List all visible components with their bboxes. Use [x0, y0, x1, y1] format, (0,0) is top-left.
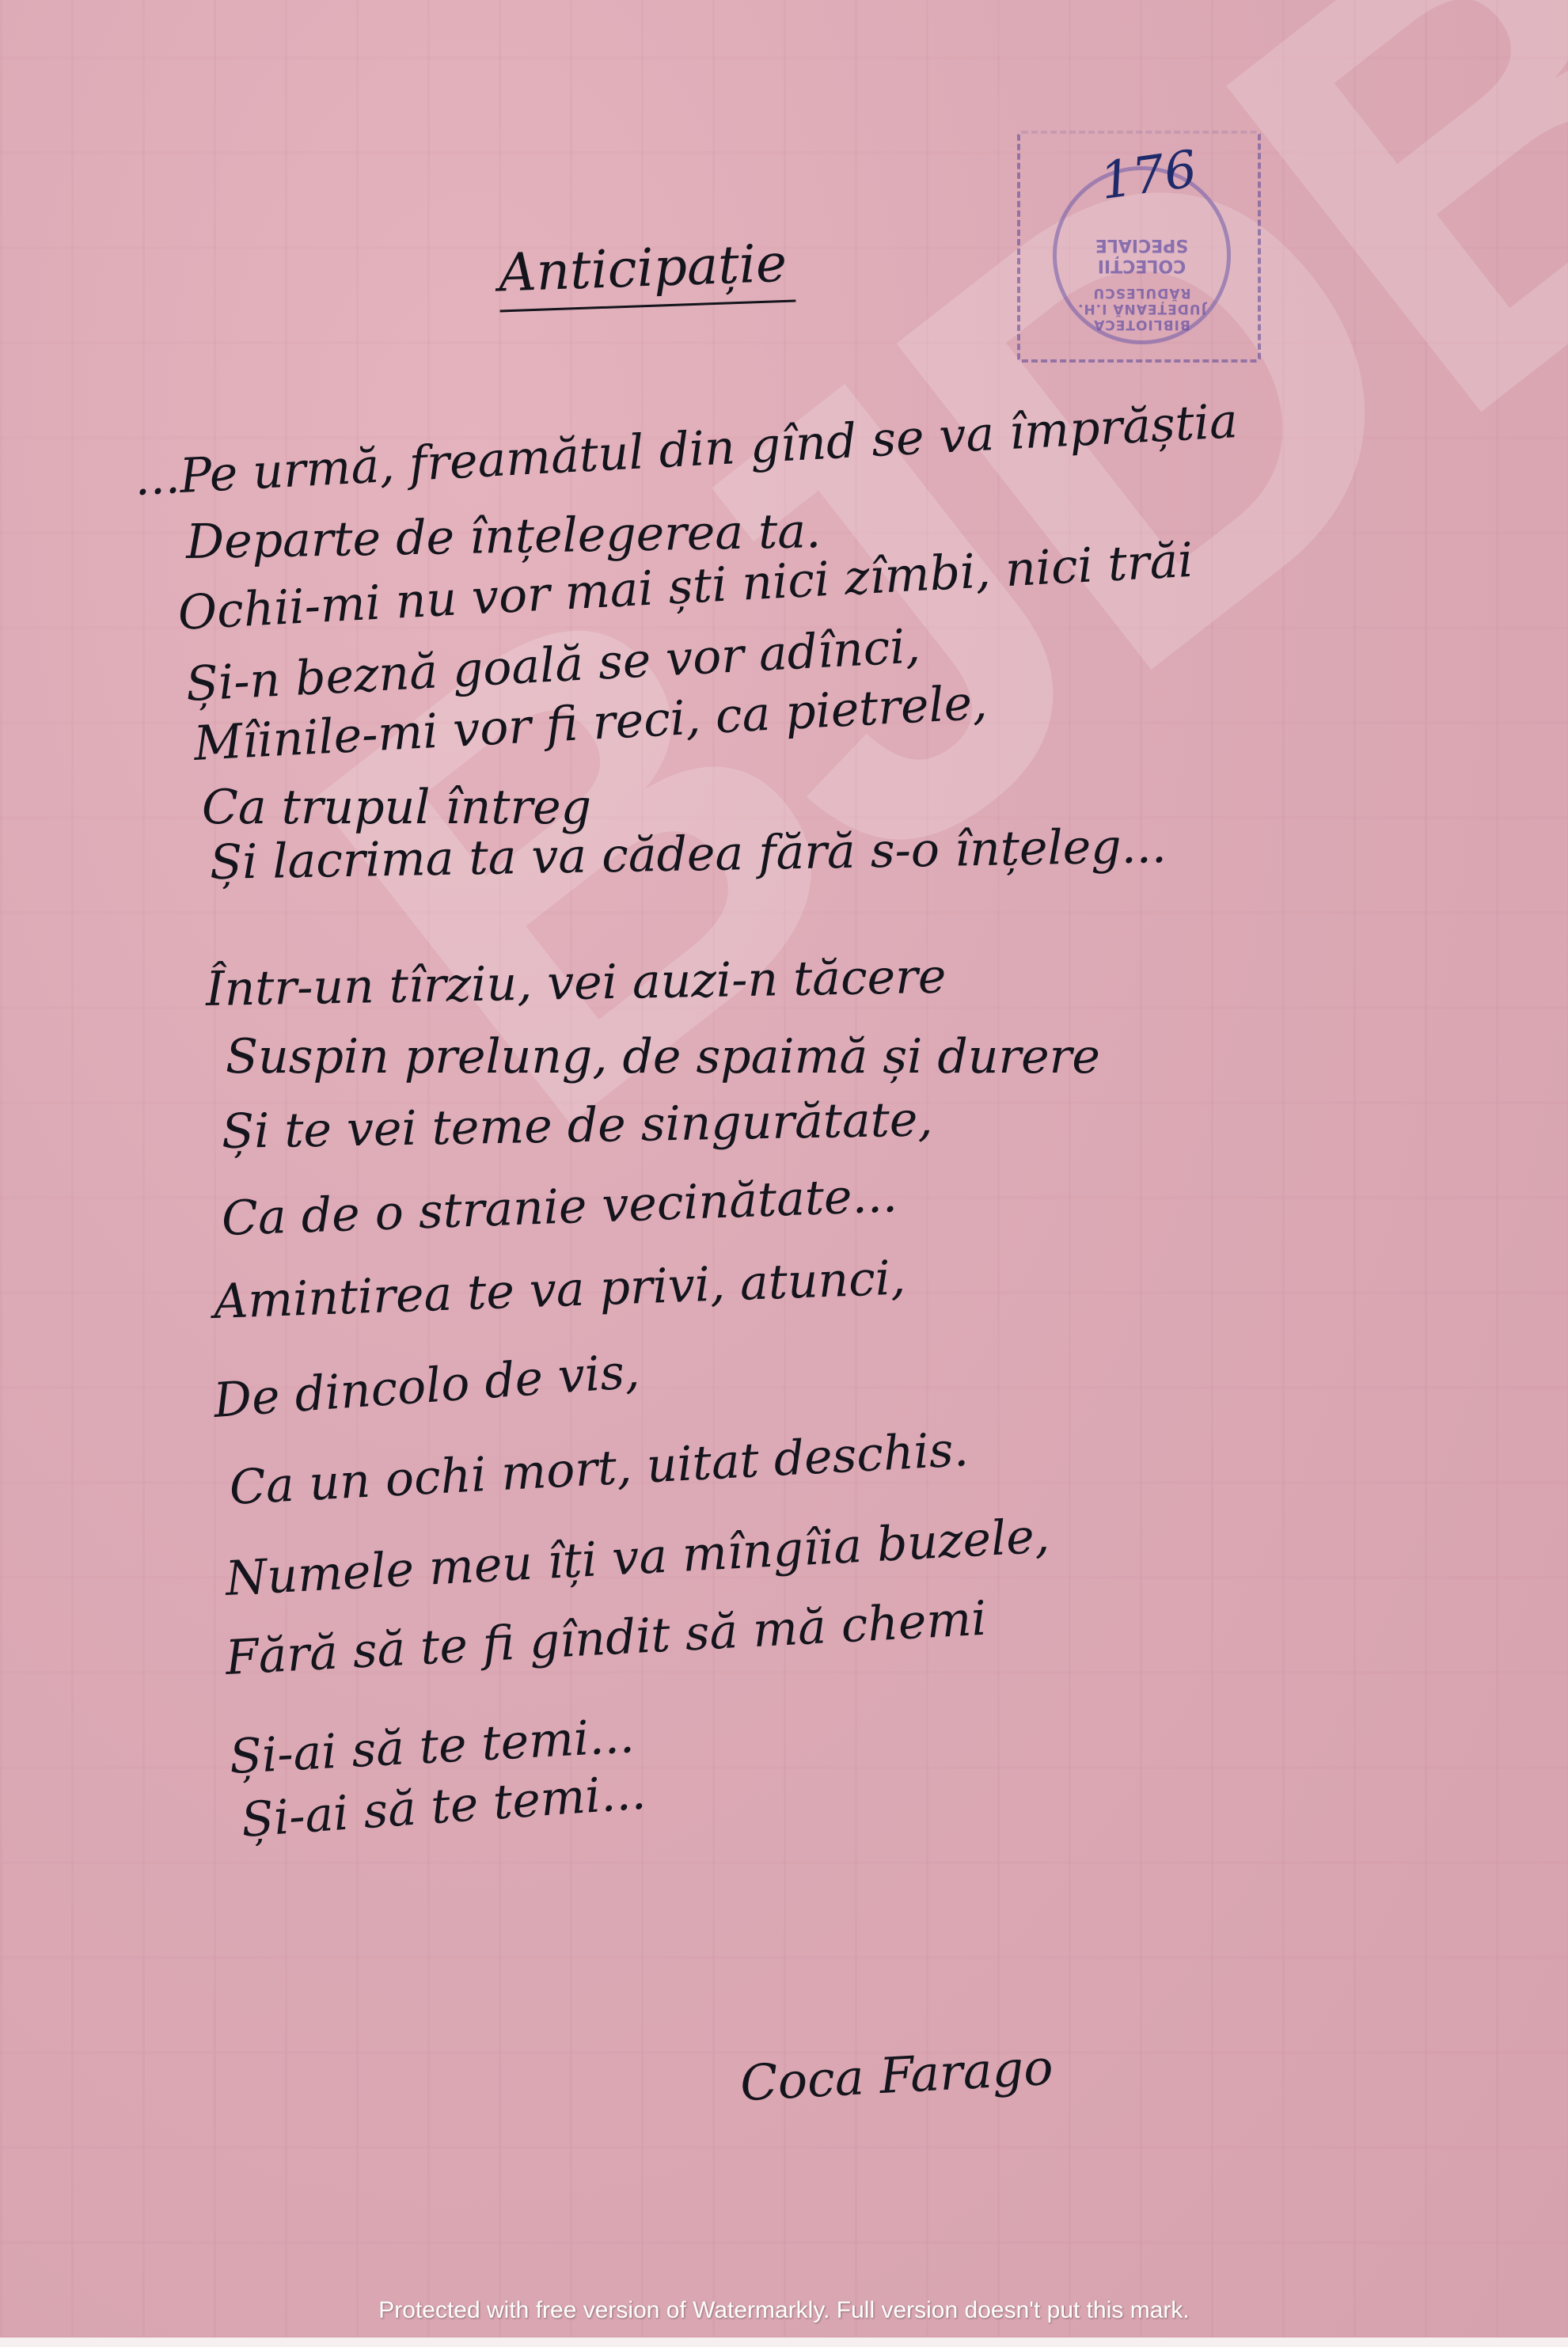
poem-line: Numele meu îți va mîngîia buzele, — [224, 1509, 1050, 1607]
poem-title: Anticipație — [498, 232, 796, 312]
poem-line: Într-un tîrziu, vei auzi-n tăcere — [205, 949, 946, 1017]
poem-line: Amintirea te va privi, atunci, — [213, 1251, 906, 1330]
stamp-ring-text: BIBLIOTECA JUDEȚEANĂ I.H. RĂDULESCU — [1057, 285, 1227, 332]
poem-line: Suspin prelung, de spaimă și durere — [226, 1029, 1100, 1084]
poem-line: De dincolo de vis, — [212, 1343, 642, 1428]
watermark-notice: Protected with free version of Watermark… — [0, 2297, 1568, 2324]
poem-line: ...Pe urmă, freamătul din gînd se va împ… — [133, 393, 1239, 507]
poem-line: Și te vei teme de singurătate, — [221, 1092, 933, 1160]
poem-line: Ca un ochi mort, uitat deschis. — [228, 1422, 970, 1516]
author-signature: Coca Farago — [738, 2038, 1054, 2113]
page-edge — [0, 2338, 1568, 2347]
poem-line: Ca de o stranie vecinătate... — [221, 1168, 898, 1247]
manuscript-page: BJDB BIBLIOTECA JUDEȚEANĂ I.H. RĂDULESCU… — [0, 0, 1568, 2339]
stamp-center-line-1: COLECȚII — [1098, 256, 1186, 276]
poem-line: Ca trupul întreg — [202, 780, 591, 835]
poem-line: Fără să te fi gîndit să mă chemi — [224, 1591, 988, 1686]
stamp-center-line-2: SPECIALE — [1095, 235, 1188, 256]
